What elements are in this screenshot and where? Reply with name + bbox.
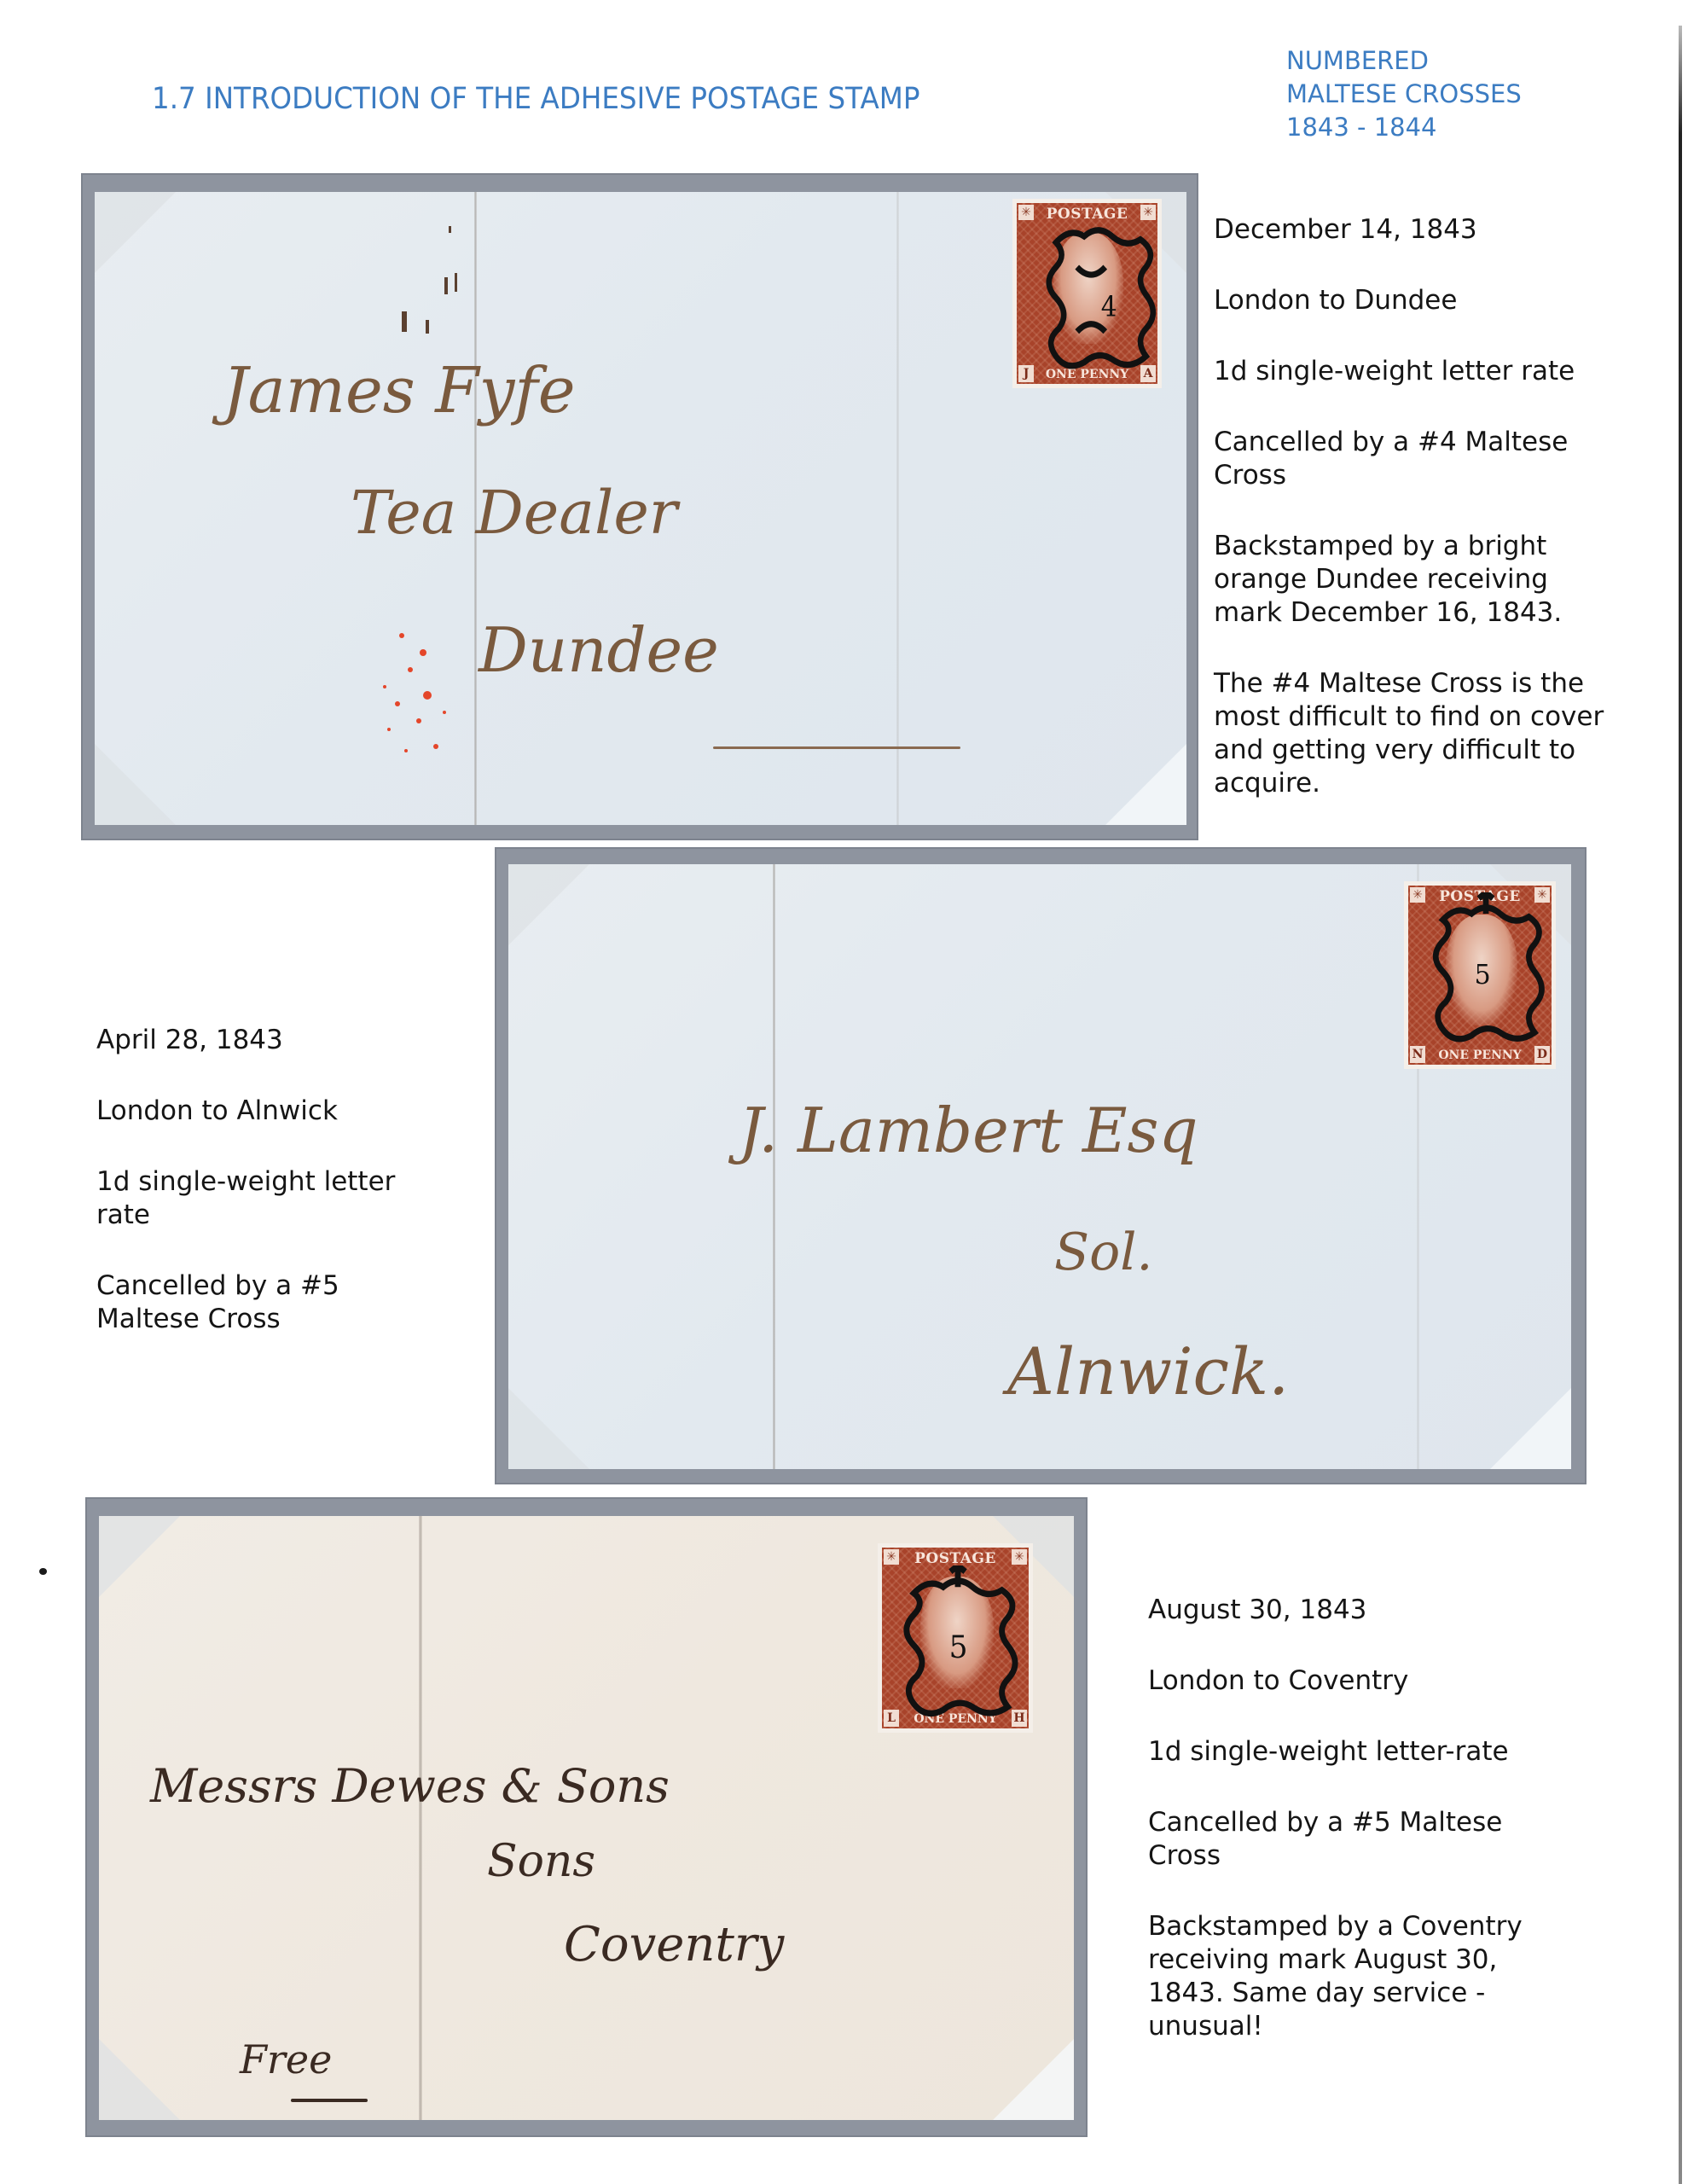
address-line: Alnwick. [1007, 1333, 1289, 1409]
penny-red-stamp: ✳ ✳ POSTAGE J ONE PENNY A 4 [1012, 199, 1162, 388]
stamp-corner-letter: D [1534, 1046, 1550, 1063]
cover-alnwick: J. Lambert Esq Sol. Alnwick. ✳ ✳ POSTAGE… [508, 864, 1571, 1469]
description-cancel: Cancelled by a #5 Maltese Cross [1148, 1806, 1557, 1873]
maltese-cross-cancel: 5 [885, 1565, 1031, 1719]
fold-line [896, 192, 899, 825]
stamp-top-label: POSTAGE [1017, 206, 1157, 223]
address-recipient: Messrs Dewes & Sons [150, 1759, 670, 1813]
stamp-bottom-label: ONE PENNY [1427, 1048, 1533, 1062]
section-header-line: NUMBERED [1286, 44, 1522, 78]
cover-dundee: James Fyfe Tea Dealer Dundee ✳ [95, 192, 1186, 825]
description-rate: 1d single-weight letter rate [96, 1165, 438, 1232]
free-underline [291, 2099, 368, 2102]
cover-description-coventry: August 30, 1843 London to Coventry 1d si… [1148, 1594, 1557, 2081]
description-route: London to Coventry [1148, 1664, 1557, 1698]
maltese-cross-cancel: 5 [1414, 892, 1557, 1045]
description-rate: 1d single-weight letter-rate [1148, 1735, 1557, 1769]
section-header-line: MALTESE CROSSES [1286, 78, 1522, 111]
ink-speck [39, 1568, 47, 1575]
mount-corner [99, 2039, 180, 2120]
free-frank-note: Free [240, 2036, 332, 2082]
address-line: Dundee [479, 614, 719, 686]
mount-corner [1105, 744, 1186, 825]
cover-mount-coventry: Messrs Dewes & Sons Sons Coventry Free ✳… [85, 1497, 1088, 2137]
svg-text:4: 4 [1101, 292, 1117, 324]
stamp-face: ✳ ✳ POSTAGE J ONE PENNY A 4 [1017, 203, 1157, 384]
section-header: NUMBERED MALTESE CROSSES 1843 - 1844 [1286, 44, 1522, 144]
address-underline [713, 746, 960, 749]
cover-mount-alnwick: J. Lambert Esq Sol. Alnwick. ✳ ✳ POSTAGE… [495, 847, 1586, 1484]
stamp-top-label: POSTAGE [882, 1550, 1029, 1567]
mount-corner [99, 1516, 180, 1597]
cover-coventry: Messrs Dewes & Sons Sons Coventry Free ✳… [99, 1516, 1074, 2120]
cover-mount-dundee: James Fyfe Tea Dealer Dundee ✳ [81, 173, 1198, 840]
address-line: Coventry [564, 1917, 784, 1972]
svg-text:5: 5 [949, 1630, 968, 1666]
description-backstamp: Backstamped by a bright orange Dundee re… [1214, 530, 1615, 630]
mount-corner [508, 864, 589, 945]
address-line: Sol. [1054, 1223, 1153, 1282]
description-date: April 28, 1843 [96, 1024, 438, 1057]
address-line: James Fyfe [223, 354, 576, 427]
cover-description-alnwick: April 28, 1843 London to Alnwick 1d sing… [96, 1024, 438, 1374]
description-date: December 14, 1843 [1214, 213, 1615, 247]
description-route: London to Dundee [1214, 284, 1615, 317]
address-line: Tea Dealer [351, 478, 677, 548]
description-cancel: Cancelled by a #4 Maltese Cross [1214, 426, 1615, 492]
address-line: Sons [487, 1836, 595, 1887]
stamp-face: ✳ ✳ POSTAGE N ONE PENNY D 5 [1408, 886, 1552, 1065]
page-title: 1.7 INTRODUCTION OF THE ADHESIVE POSTAGE… [152, 82, 919, 116]
cover-description-dundee: December 14, 1843 London to Dundee 1d si… [1214, 213, 1615, 838]
ink-marks [385, 226, 487, 346]
address-line: J. Lambert Esq [739, 1095, 1198, 1166]
section-header-line: 1843 - 1844 [1286, 111, 1522, 144]
description-cancel: Cancelled by a #5 Maltese Cross [96, 1269, 438, 1336]
orange-receiving-mark [376, 619, 479, 764]
fold-line [419, 1516, 422, 2120]
mount-corner [95, 192, 176, 273]
description-date: August 30, 1843 [1148, 1594, 1557, 1627]
description-backstamp: Backstamped by a Coventry receiving mark… [1148, 1910, 1557, 2043]
address-line: Messrs Dewes & Sons [150, 1759, 670, 1813]
penny-red-stamp: ✳ ✳ POSTAGE L ONE PENNY H 5 [878, 1543, 1033, 1733]
mount-corner [508, 1388, 589, 1469]
mount-corner [1490, 1388, 1571, 1469]
description-rate: 1d single-weight letter rate [1214, 355, 1615, 388]
description-note: The #4 Maltese Cross is the most difficu… [1214, 667, 1615, 800]
penny-red-stamp: ✳ ✳ POSTAGE N ONE PENNY D 5 [1404, 881, 1556, 1069]
page-edge-shadow [1679, 26, 1682, 2184]
maltese-cross-cancel: 4 [1028, 221, 1169, 375]
stamp-corner-letter: N [1410, 1046, 1425, 1063]
description-route: London to Alnwick [96, 1095, 438, 1128]
mount-corner [95, 744, 176, 825]
mount-corner [993, 2039, 1074, 2120]
svg-text:5: 5 [1474, 960, 1490, 991]
stamp-face: ✳ ✳ POSTAGE L ONE PENNY H 5 [882, 1548, 1029, 1728]
fold-line [773, 864, 775, 1469]
